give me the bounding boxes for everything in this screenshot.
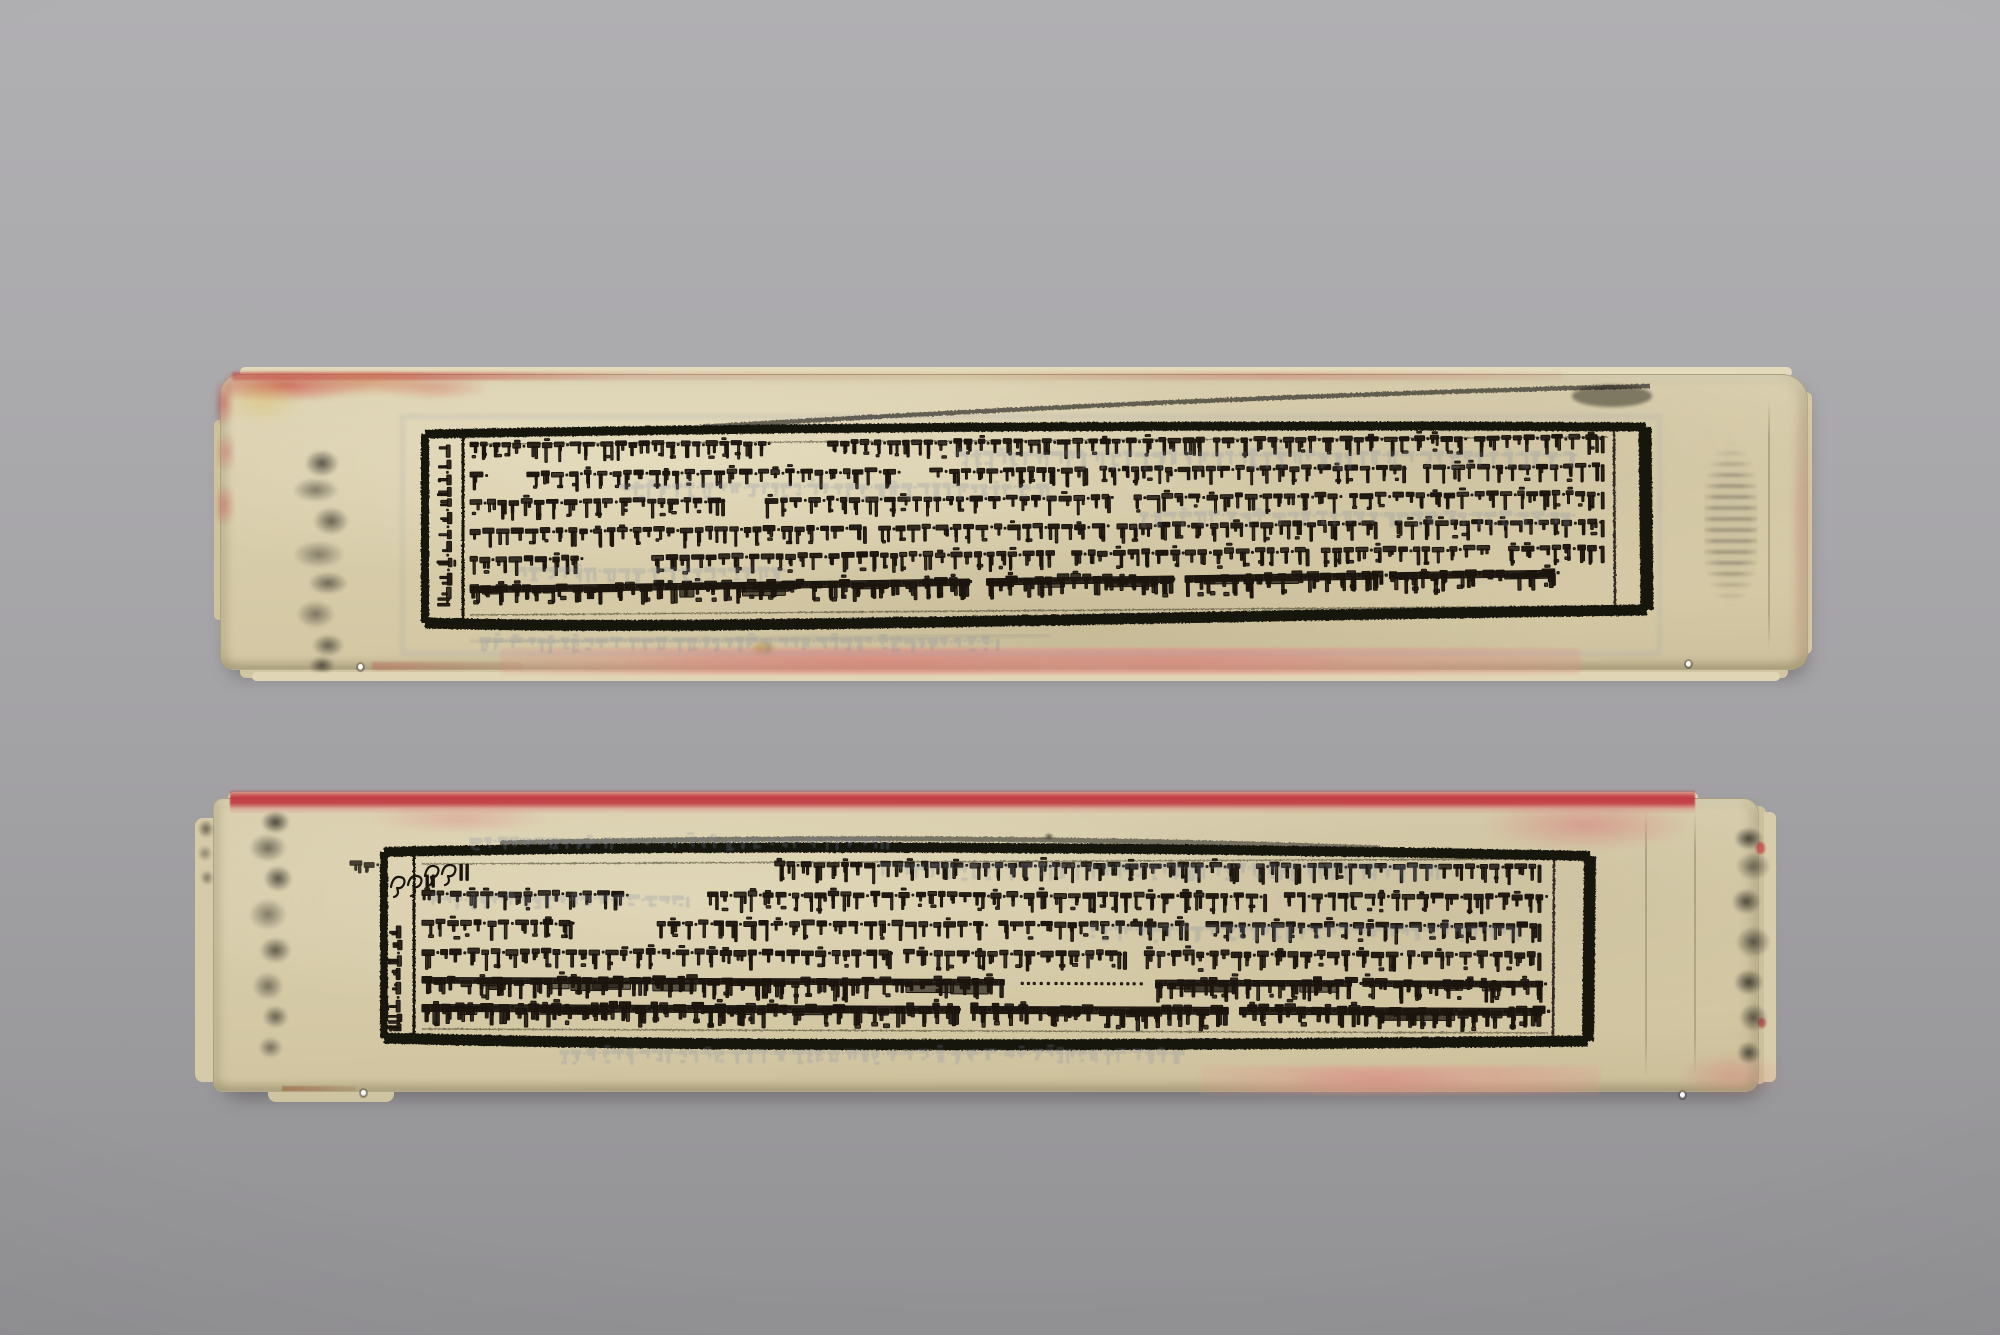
frame-right-border bbox=[1645, 427, 1647, 610]
folio-letter-mark bbox=[350, 854, 376, 888]
frame-double-strike bbox=[700, 386, 1650, 427]
ghost-offset-text bbox=[880, 856, 1440, 892]
ghost-offset-text bbox=[430, 888, 690, 918]
ghost-offset-text bbox=[560, 1042, 1180, 1074]
ghost-offset-text bbox=[1090, 918, 1520, 952]
ghost-offset-text bbox=[480, 630, 1000, 662]
woodblock-frame-rules bbox=[0, 0, 2000, 1335]
lower-folio-margin-title bbox=[377, 926, 409, 1030]
manuscript-photograph bbox=[0, 0, 2000, 1335]
margin-head-mark bbox=[388, 864, 410, 898]
inner-right-rule bbox=[1614, 431, 1615, 612]
script-line bbox=[422, 996, 1542, 1040]
ink-blob bbox=[1572, 385, 1652, 407]
ghost-offset-text bbox=[620, 476, 1050, 510]
ghost-offset-text bbox=[1140, 504, 1570, 538]
ghost-offset-text bbox=[470, 830, 890, 860]
ghost-offset-text bbox=[520, 560, 780, 592]
upper-folio-margin-title bbox=[426, 445, 459, 607]
inner-right-rule bbox=[1553, 859, 1554, 1039]
ghost-offset-text bbox=[955, 444, 1575, 480]
frame-right-border bbox=[1588, 856, 1590, 1041]
